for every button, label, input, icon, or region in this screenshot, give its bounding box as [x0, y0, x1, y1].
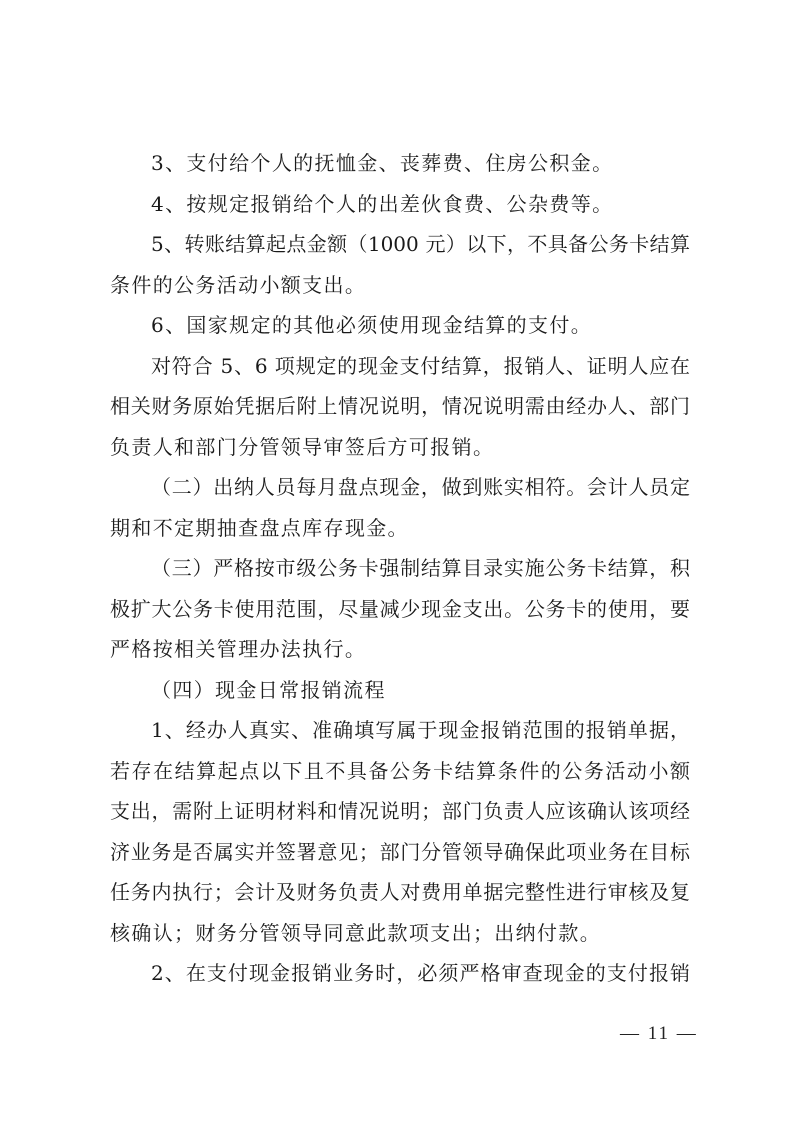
text-line: 6、国家规定的其他必须使用现金结算的支付。 [110, 305, 690, 346]
text-line: 支出，需附上证明材料和情况说明；部门负责人应该确认该项经 [110, 791, 690, 832]
text-line: 核确认；财务分管领导同意此款项支出；出纳付款。 [110, 913, 690, 954]
text-line: （二）出纳人员每月盘点现金，做到账实相符。会计人员定 [110, 467, 690, 508]
text-line: 条件的公务活动小额支出。 [110, 265, 690, 306]
text-line: 3、支付给个人的抚恤金、丧葬费、住房公积金。 [110, 143, 690, 184]
text-line: 4、按规定报销给个人的出差伙食费、公杂费等。 [110, 184, 690, 225]
text-line: 若存在结算起点以下且不具备公务卡结算条件的公务活动小额 [110, 751, 690, 792]
text-line: （三）严格按市级公务卡强制结算目录实施公务卡结算，积 [110, 548, 690, 589]
text-line: 相关财务原始凭据后附上情况说明，情况说明需由经办人、部门 [110, 386, 690, 427]
text-line: 2、在支付现金报销业务时，必须严格审查现金的支付报销 [110, 953, 690, 994]
text-line: 严格按相关管理办法执行。 [110, 629, 690, 670]
text-line: 1、经办人真实、准确填写属于现金报销范围的报销单据， [110, 710, 690, 751]
text-line: 极扩大公务卡使用范围，尽量减少现金支出。公务卡的使用，要 [110, 589, 690, 630]
text-line: 负责人和部门分管领导审签后方可报销。 [110, 427, 690, 468]
text-line: 期和不定期抽查盘点库存现金。 [110, 508, 690, 549]
text-line: 济业务是否属实并签署意见；部门分管领导确保此项业务在目标 [110, 832, 690, 873]
text-line: 对符合 5、6 项规定的现金支付结算，报销人、证明人应在 [110, 346, 690, 387]
text-line: 5、转账结算起点金额（1000 元）以下，不具备公务卡结算 [110, 224, 690, 265]
text-line: 任务内执行；会计及财务负责人对费用单据完整性进行审核及复 [110, 872, 690, 913]
document-body: 3、支付给个人的抚恤金、丧葬费、住房公积金。 4、按规定报销给个人的出差伙食费、… [110, 143, 690, 994]
page-number: — 11 — [620, 1023, 698, 1045]
section-heading: （四）现金日常报销流程 [110, 670, 690, 711]
